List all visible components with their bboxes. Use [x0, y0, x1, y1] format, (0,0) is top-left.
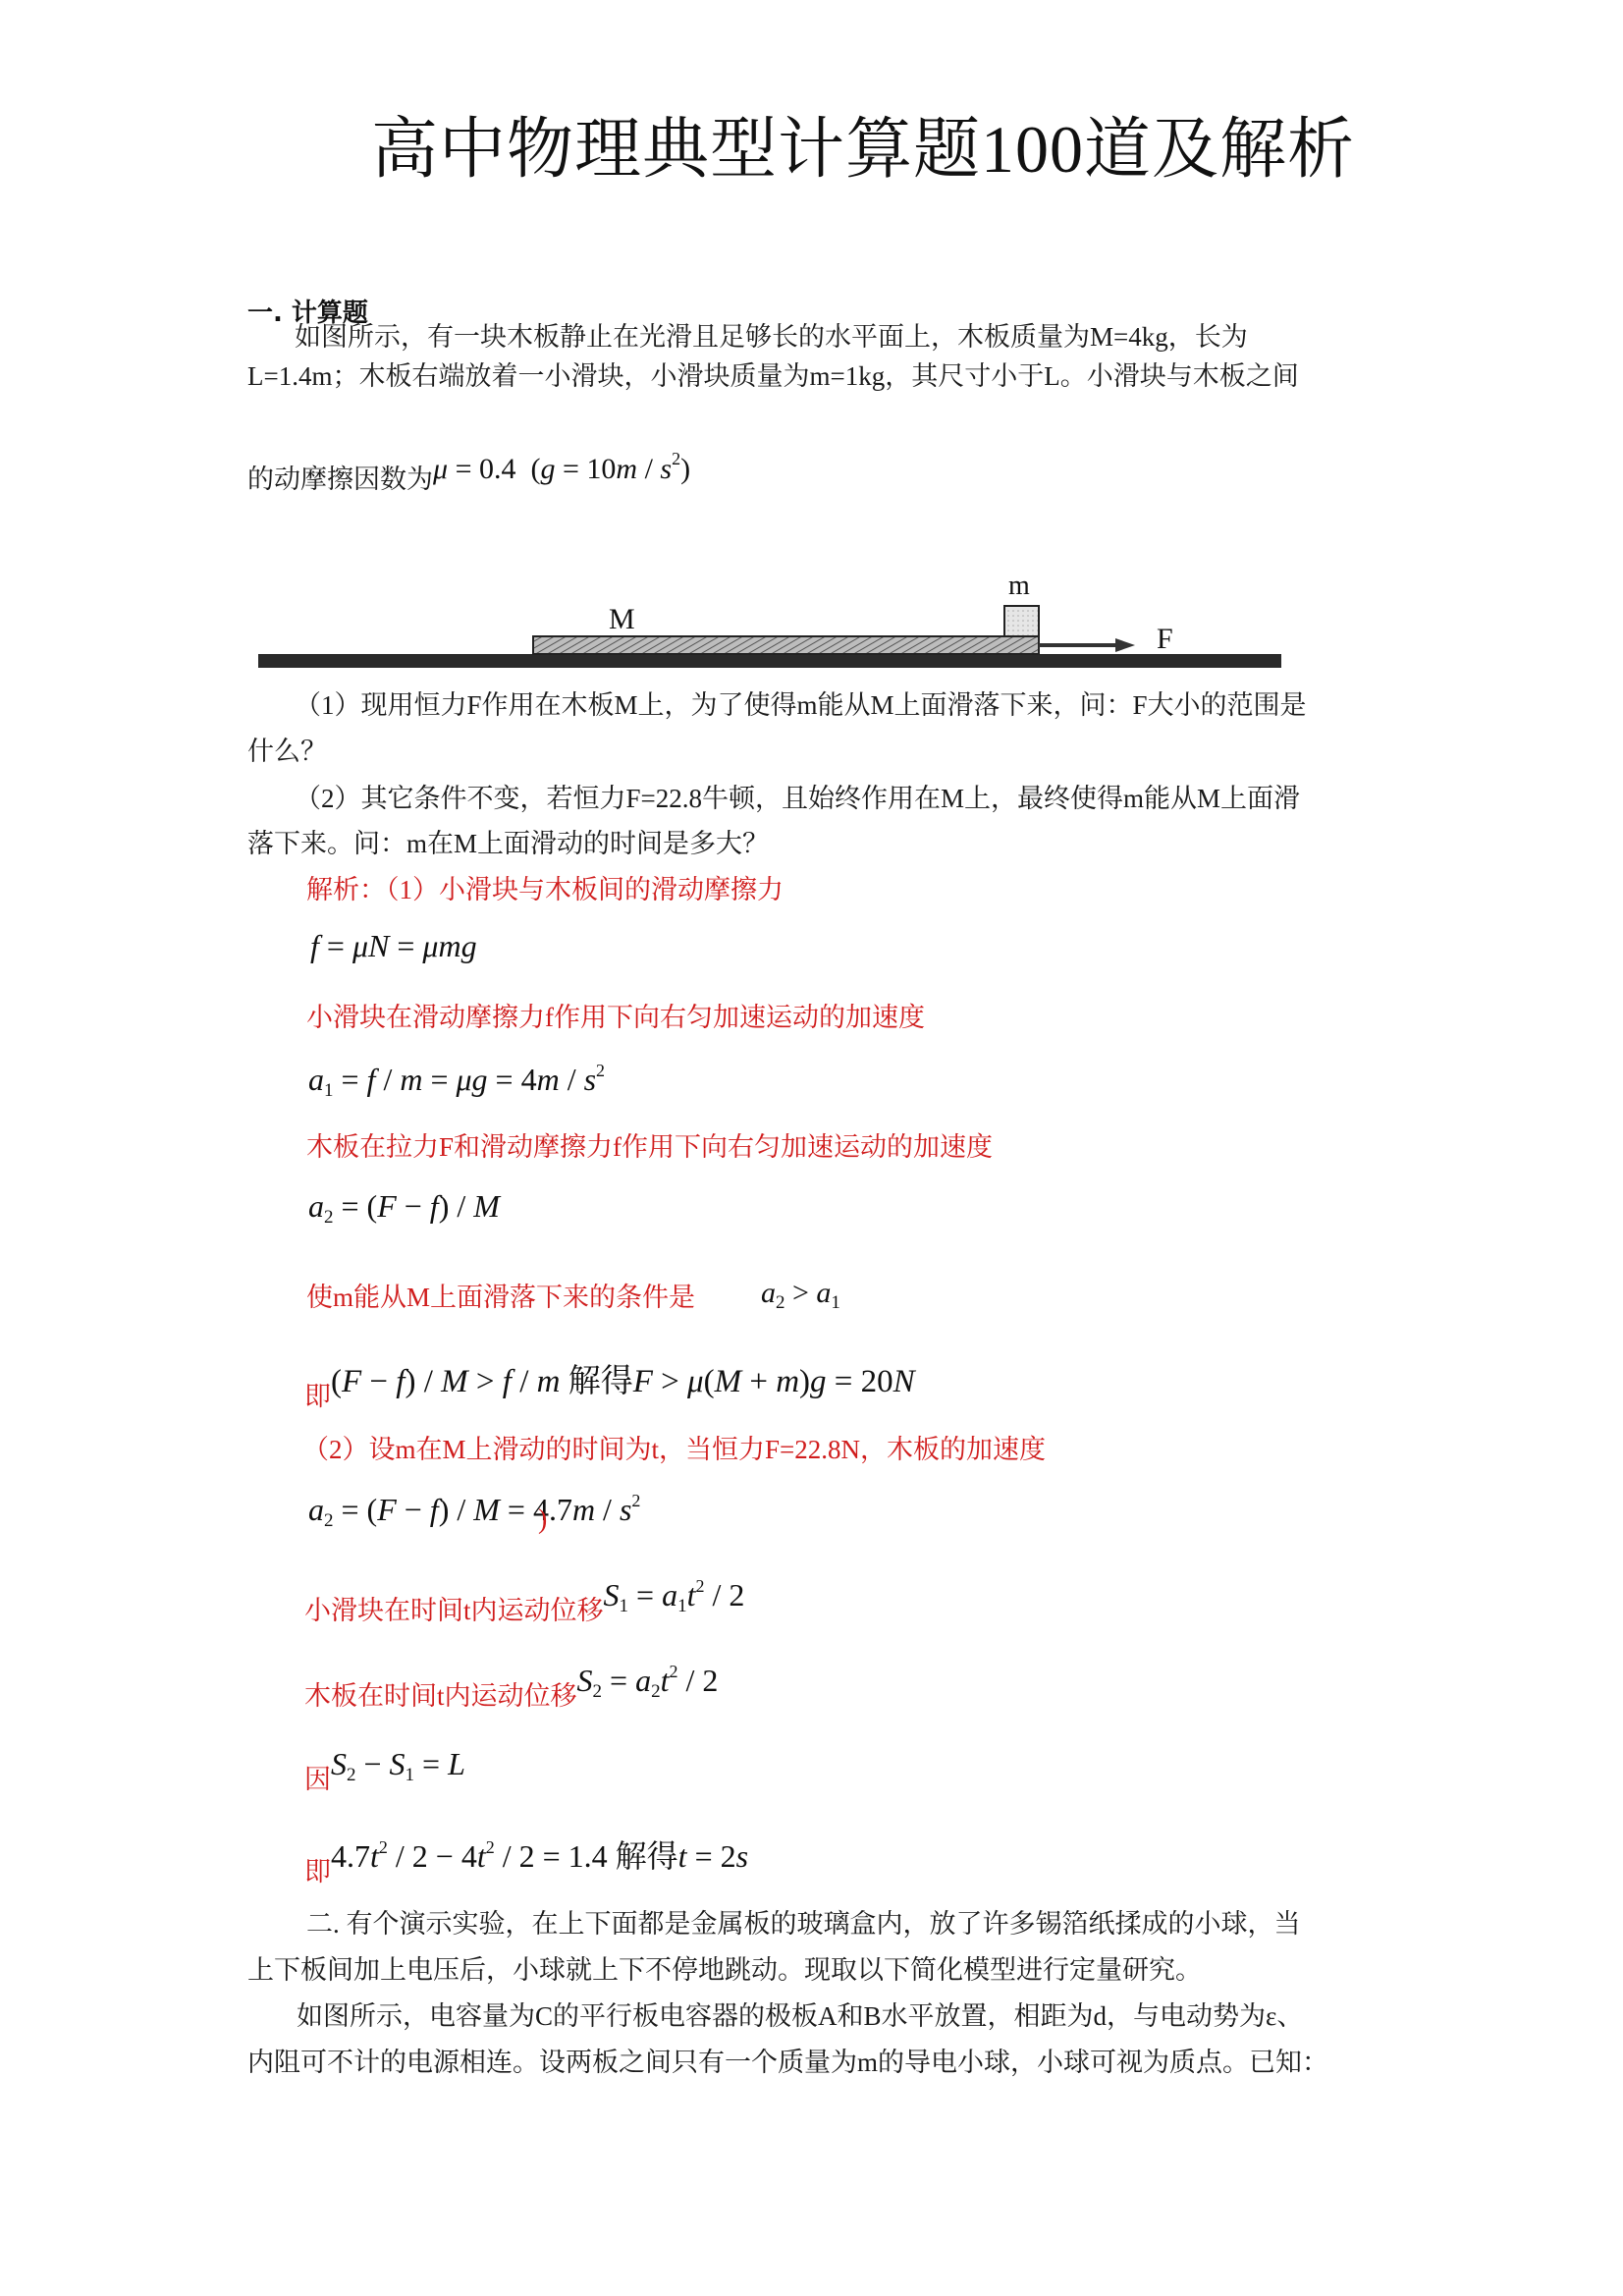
board-block-diagram: M m F [255, 550, 1286, 668]
problem2-line1: 二. 有个演示实验，在上下面都是金属板的玻璃盒内，放了许多锡箔纸揉成的小球，当 [306, 1911, 1301, 1938]
step8-label: 木板在时间t内运动位移 [304, 1681, 577, 1711]
equation-displacement-diff: S2 − S1 = L [331, 1746, 465, 1781]
solution-step5: 即(F − f) / M > f / m 解得F > μ(M + m)g = 2… [304, 1355, 915, 1401]
equation-inequality: (F − f) / M > f / m [331, 1364, 568, 1399]
ground-surface [258, 654, 1281, 668]
label-M: M [609, 603, 635, 635]
friction-coefficient-label: 的动摩擦因数为 [247, 465, 433, 494]
question2-line2: 落下来。问：m在M上面滑动的时间是多大？ [247, 831, 769, 857]
solution-step10: 即4.7t2 / 2 − 4t2 / 2 = 1.4 解得t = 2s [304, 1831, 748, 1877]
stray-paren: ) [538, 1504, 547, 1536]
solution-step4: 使m能从M上面滑落下来的条件是 [306, 1285, 695, 1311]
solution-step3: 木板在拉力F和滑动摩擦力f作用下向右匀加速运动的加速度 [306, 1134, 993, 1161]
wooden-board [533, 636, 1039, 654]
equation-s1: S1 = a1t2 / 2 [604, 1577, 745, 1613]
question1-line1: （1）现用恒力F作用在木板M上，为了使得m能从M上面滑落下来，问：F大小的范围是 [295, 692, 1307, 719]
problem2-line4: 内阻可不计的电源相连。设两板之间只有一个质量为m的导电小球，小球可视为质点。已知… [247, 2050, 1328, 2076]
force-arrowhead [1115, 638, 1135, 652]
equation-a1: a1 = f / m = μg = 4m / s2 [308, 1061, 605, 1102]
problem1-intro-line2: L=1.4m；木板右端放着一小滑块，小滑块质量为m=1kg，其尺寸小于L。小滑块… [247, 363, 1299, 390]
problem2-line3: 如图所示，电容量为C的平行板电容器的极板A和B水平放置，相距为d，与电动势为ε、 [297, 2003, 1303, 2030]
solution-step8: 木板在时间t内运动位移S2 = a2t2 / 2 [304, 1662, 718, 1703]
solution-step2: 小滑块在滑动摩擦力f作用下向右匀加速运动的加速度 [306, 1005, 925, 1031]
equation-friction: f = μN = μmg [310, 928, 477, 964]
equation-time-result: t = 2s [678, 1838, 748, 1874]
equation-force-range: F > μ(M + m)g = 20N [633, 1364, 915, 1399]
step5-prefix: 即 [304, 1382, 331, 1411]
solution-step1: 解析：（1）小滑块与木板间的滑动摩擦力 [306, 877, 784, 903]
friction-coefficient-formula: μ = 0.4 (g = 10m / s2) [433, 453, 690, 485]
solution-step7: 小滑块在时间t内运动位移S1 = a1t2 / 2 [304, 1576, 744, 1617]
problem1-intro-line3: 的动摩擦因数为μ = 0.4 (g = 10m / s2) [247, 460, 690, 494]
label-F: F [1157, 623, 1173, 655]
step5-mid: 解得 [568, 1364, 633, 1399]
step9-prefix: 因 [304, 1765, 331, 1794]
question2-line1: （2）其它条件不变，若恒力F=22.8牛顿，且始终作用在M上，最终使得m能从M上… [295, 786, 1300, 812]
equation-s2: S2 = a2t2 / 2 [577, 1663, 719, 1698]
step7-label: 小滑块在时间t内运动位移 [304, 1596, 604, 1625]
problem1-intro-line1: 如图所示，有一块木板静止在光滑且足够长的水平面上，木板质量为M=4kg，长为 [295, 324, 1248, 351]
problem2-line2: 上下板间加上电压后，小球就上下不停地跳动。现取以下简化模型进行定量研究。 [247, 1957, 1202, 1984]
solution-step6: （2）设m在M上滑动的时间为t，当恒力F=22.8N，木板的加速度 [302, 1437, 1046, 1463]
page-title: 高中物理典型计算题100道及解析 [371, 96, 1355, 191]
solution-step9: 因S2 − S1 = L [304, 1746, 465, 1786]
label-m: m [1008, 571, 1030, 601]
step10-prefix: 即 [304, 1857, 331, 1886]
question1-line2: 什么？ [247, 738, 327, 765]
equation-condition: a2 > a1 [761, 1277, 840, 1314]
small-block [1004, 606, 1039, 636]
step10-mid: 解得 [616, 1838, 678, 1874]
equation-a2: a2 = (F − f) / M [308, 1188, 500, 1229]
equation-time: 4.7t2 / 2 − 4t2 / 2 = 1.4 [331, 1838, 616, 1874]
equation-a2-value: a2 = (F − f) / M = 4.7m / s2 [308, 1491, 640, 1532]
